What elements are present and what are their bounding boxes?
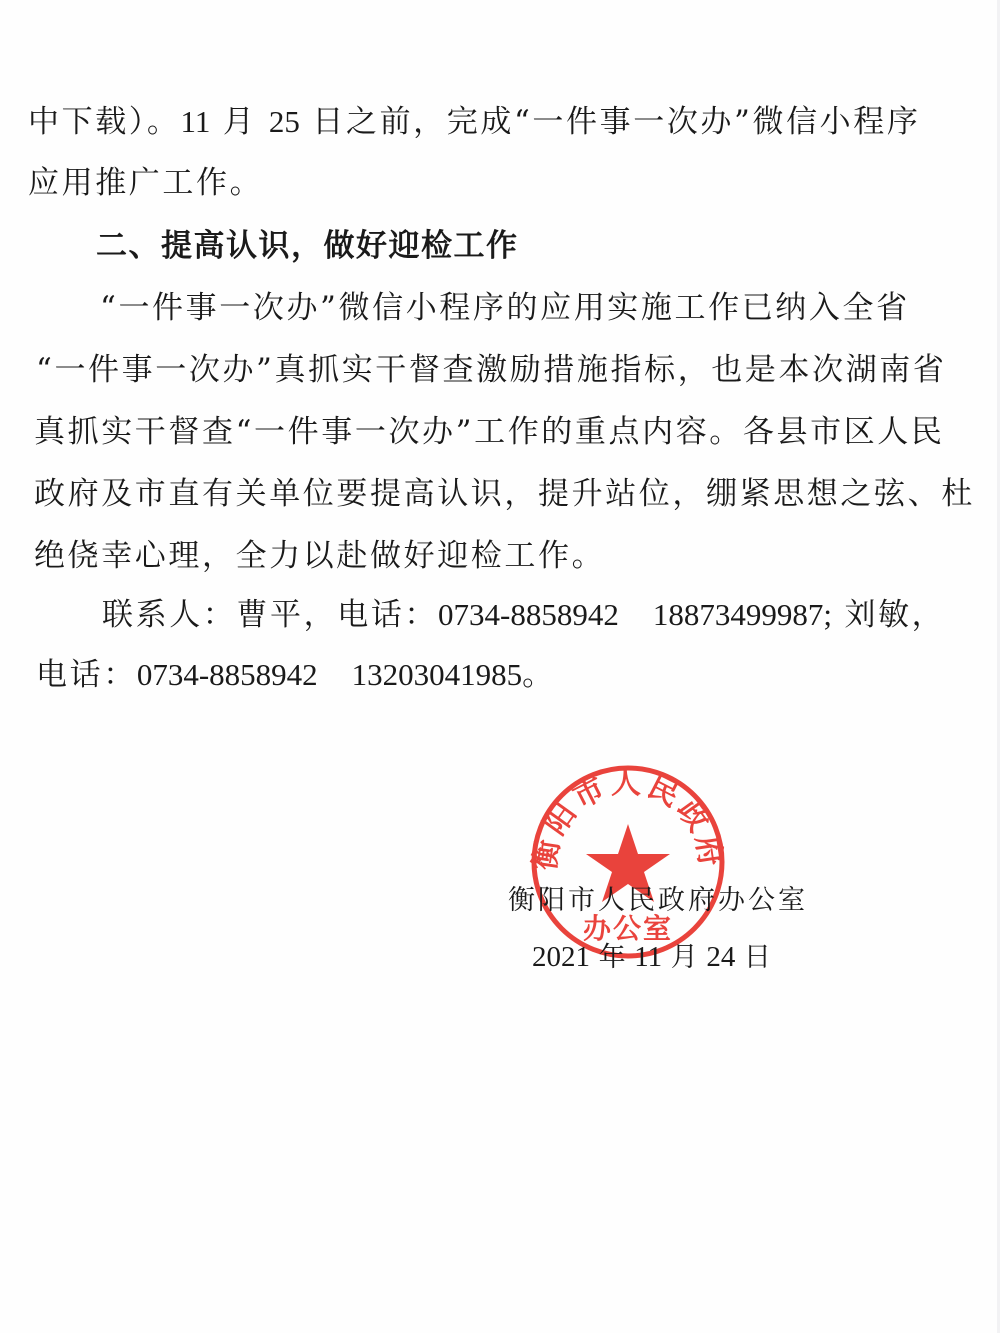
date-day: 24 bbox=[706, 941, 735, 973]
contact-person-1-landline: 0734-8858942 bbox=[438, 597, 619, 632]
signature-organization: 衡阳市人民政府办公室 bbox=[508, 878, 808, 917]
text-segment: 月 bbox=[223, 104, 257, 140]
phone-label: 电话： bbox=[337, 597, 438, 633]
contact-person-1-name: 曹平， bbox=[236, 597, 337, 633]
contact-line-2: 电话：0734-885894213203041985。 bbox=[36, 655, 556, 695]
contact-person-2-mobile: 13203041985 bbox=[352, 657, 523, 692]
contact-label: 联系人： bbox=[102, 597, 236, 633]
text-segment: 中下载）。 bbox=[28, 104, 181, 140]
date-month: 11 bbox=[634, 941, 662, 973]
section-body-line-5: 绝侥幸心理，全力以赴做好迎检工作。 bbox=[34, 536, 605, 576]
date-day-unit: 日 bbox=[744, 942, 771, 973]
paragraph-continuation-line-2: 应用推广工作。 bbox=[28, 163, 263, 203]
date-month-unit: 月 bbox=[671, 942, 698, 973]
date-month-number: 11 bbox=[181, 104, 211, 139]
contact-line-1: 联系人：曹平，电话：0734-885894218873499987; 刘敏， bbox=[102, 595, 945, 635]
section-body-line-1: “一件事一次办”微信小程序的应用实施工作已纳入全省 bbox=[100, 288, 910, 328]
contact-person-1-mobile: 18873499987; bbox=[653, 597, 832, 632]
date-day-number: 25 bbox=[269, 104, 300, 139]
contact-person-2-name: 刘敏， bbox=[844, 597, 945, 633]
text-segment: 日之前，完成“一件事一次办”微信小程序 bbox=[312, 104, 920, 140]
section-body-line-2: “一件事一次办”真抓实干督查激励措施指标，也是本次湖南省 bbox=[36, 350, 947, 390]
date-year: 2021 bbox=[532, 941, 590, 973]
end-punctuation: 。 bbox=[522, 657, 556, 693]
document-page: 中下载）。11 月 25 日之前，完成“一件事一次办”微信小程序 应用推广工作。… bbox=[0, 0, 1000, 1333]
section-heading: 二、提高认识，做好迎检工作 bbox=[96, 226, 519, 266]
official-seal: 衡阳市人民政府 办公室 bbox=[528, 762, 728, 962]
paragraph-continuation-line-1: 中下载）。11 月 25 日之前，完成“一件事一次办”微信小程序 bbox=[28, 102, 920, 142]
phone-label: 电话： bbox=[36, 657, 137, 693]
section-body-line-4: 政府及市直有关单位要提高认识，提升站位，绷紧思想之弦、杜 bbox=[34, 474, 975, 514]
signature-date: 2021 年 11 月 24 日 bbox=[532, 935, 771, 974]
section-body-line-3: 真抓实干督查“一件事一次办”工作的重点内容。各县市区人民 bbox=[34, 412, 945, 452]
contact-person-2-landline: 0734-8858942 bbox=[137, 657, 318, 692]
date-year-unit: 年 bbox=[599, 942, 626, 973]
